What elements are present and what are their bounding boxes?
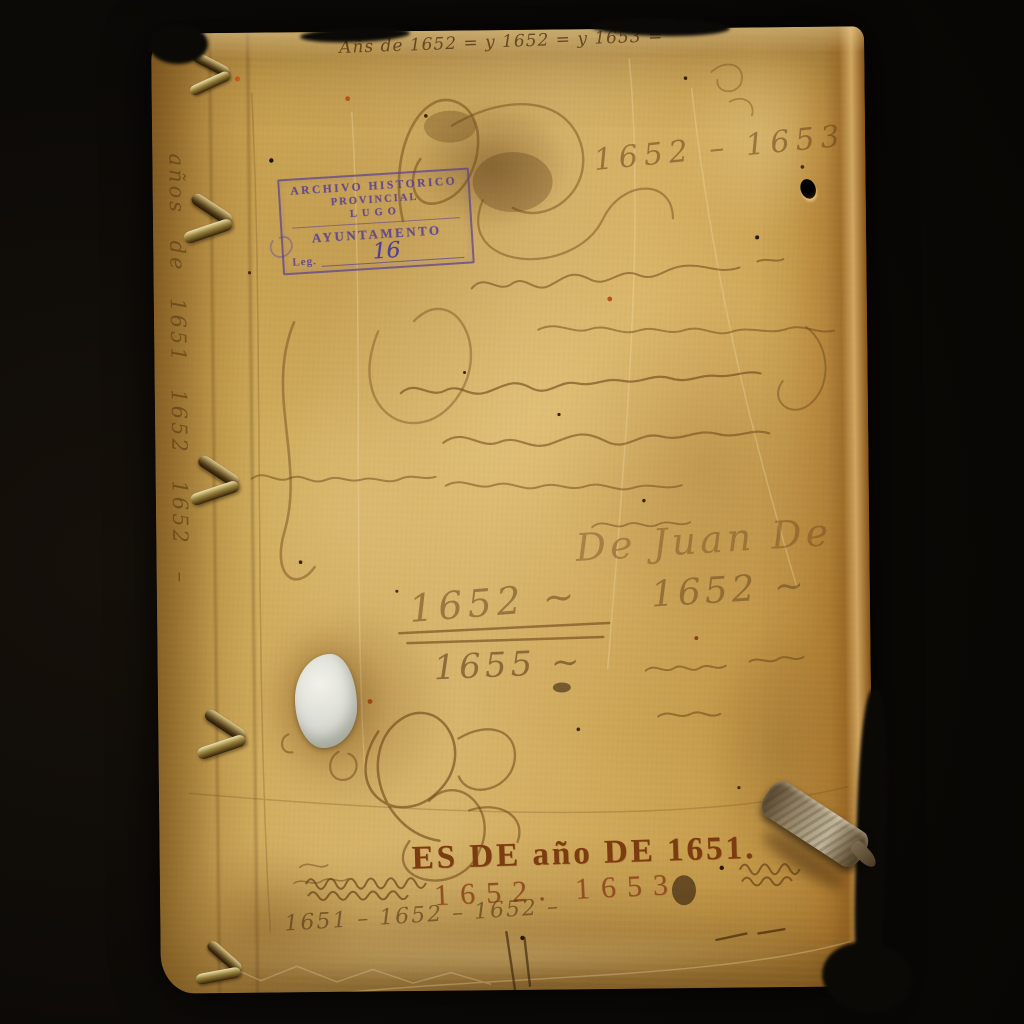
archive-stamp: ARCHIVO HISTORICO PROVINCIAL LUGO AYUNTA… (277, 167, 475, 275)
upper-right-years: 1652 – 1653 (592, 119, 847, 179)
vellum-tie-toggle (192, 715, 267, 774)
photo-backdrop: ARCHIVO HISTORICO PROVINCIAL LUGO AYUNTA… (0, 0, 1024, 1024)
bottom-highlight (184, 927, 825, 989)
spine-title: años de 1651 1652 1652 – (158, 153, 196, 913)
bottom-years: 1651 – 1652 – 1652 – (284, 894, 561, 936)
vellum-tie-toggle (189, 944, 262, 994)
vellum-tie-toggle (179, 199, 254, 258)
light-area (675, 36, 847, 238)
vellum-tie-toggle (182, 52, 250, 108)
center-year-1652-a: 1652 ~ (407, 573, 581, 631)
center-year-1652-b: 1652 ~ (650, 565, 809, 616)
flourish-bands (306, 864, 800, 900)
top-edge-highlight (151, 26, 864, 59)
worm-hole (798, 177, 819, 201)
white-damage-patch (294, 654, 357, 749)
water-stain (538, 296, 871, 629)
parchment-cover: ARCHIVO HISTORICO PROVINCIAL LUGO AYUNTA… (151, 26, 874, 993)
cover-title-line2: 1652. 1653 (433, 868, 679, 913)
stamp-leg-label: Leg. (292, 255, 317, 269)
vellum-tie-toggle (185, 461, 260, 520)
top-note-inscription: Añs de 1652 = y 1652 = y 1653 = (339, 26, 664, 58)
center-year-1655: 1655 ~ (433, 642, 584, 689)
center-name-inscription: De Juan De (574, 510, 833, 570)
cover-title-line1: ES DE año DE 1651. (411, 830, 757, 878)
stamp-leg-number: 16 (372, 238, 402, 265)
